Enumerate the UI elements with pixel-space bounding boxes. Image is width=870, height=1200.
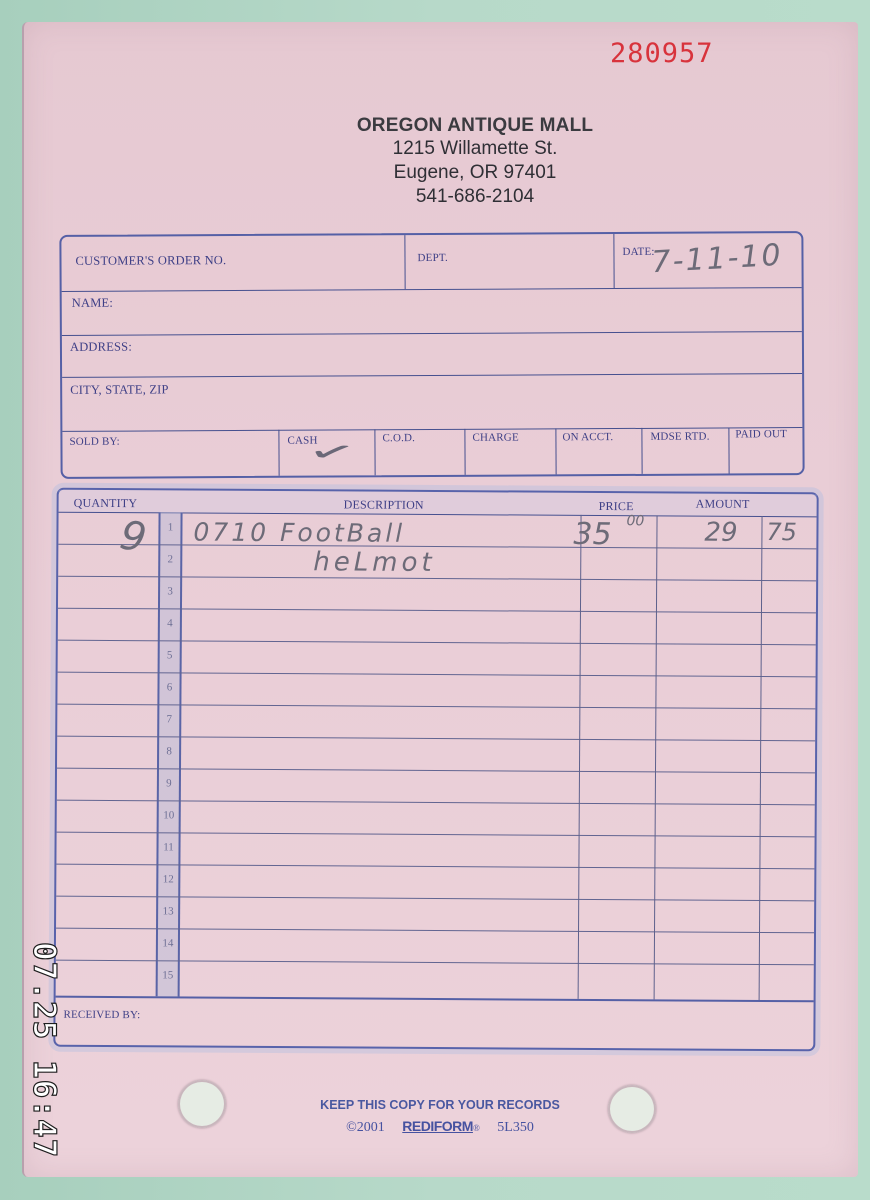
date-value[interactable]: 7-11-10 (651, 238, 784, 280)
row-number: 15 (158, 969, 178, 981)
row-number: 11 (158, 841, 178, 853)
dept-label: DEPT. (417, 252, 447, 264)
row-number: 8 (159, 745, 179, 757)
customer-info-box: CUSTOMER'S ORDER NO. DEPT. DATE: 7-11-10… (59, 231, 804, 479)
business-city: Eugene, OR 97401 (300, 161, 650, 185)
payment-paid-out-label: PAID OUT (735, 428, 787, 440)
divider (62, 287, 802, 292)
table-bottom-line (56, 996, 814, 1003)
form-number: 5L350 (497, 1120, 534, 1135)
payment-cod-label: C.O.D. (382, 432, 415, 444)
cents-column-divider (759, 516, 763, 1000)
header-quantity: QUANTITY (74, 496, 138, 511)
business-street: 1215 Willamette St. (300, 137, 650, 161)
row-number: 12 (158, 873, 178, 885)
divider (404, 235, 405, 289)
row-number: 10 (159, 809, 179, 821)
payment-on-acct-label: ON ACCT. (562, 431, 613, 443)
row-number: 14 (158, 937, 178, 949)
sold-by-label: SOLD BY: (69, 436, 119, 448)
header-amount: AMOUNT (696, 497, 750, 512)
divider (613, 234, 614, 288)
row1-price-cents[interactable]: 00 (626, 513, 644, 529)
row-number: 13 (158, 905, 178, 917)
punch-hole-icon (178, 1080, 226, 1128)
row-number: 2 (160, 553, 180, 565)
business-phone: 541-686-2104 (300, 185, 650, 209)
amount-column-divider (654, 515, 658, 999)
divider (278, 430, 279, 476)
row-number: 6 (159, 681, 179, 693)
row2-description[interactable]: heLmot (313, 547, 436, 578)
camera-date-stamp: 07.25 16:47 (22, 942, 62, 1162)
row-number: 7 (159, 713, 179, 725)
registered-mark: ® (473, 1123, 480, 1133)
brand-logo: REDIFORM (402, 1118, 473, 1134)
city-state-zip-label: CITY, STATE, ZIP (70, 382, 169, 398)
business-name: OREGON ANTIQUE MALL (300, 115, 650, 137)
row1-amount-cents[interactable]: 75 (766, 518, 797, 546)
footer-form-info: ©2001 REDIFORM® 5L350 (290, 1118, 590, 1136)
row-number: 4 (160, 617, 180, 629)
name-label: NAME: (72, 296, 113, 311)
divider (62, 331, 802, 336)
customers-order-no-label: CUSTOMER'S ORDER NO. (75, 253, 226, 269)
divider (62, 373, 802, 378)
divider (641, 428, 642, 474)
payment-mdse-rtd-label: MDSE RTD. (650, 431, 709, 443)
row1-description[interactable]: 0710 FootBall (193, 518, 405, 548)
row1-quantity[interactable]: 9 (116, 512, 149, 562)
business-header: OREGON ANTIQUE MALL 1215 Willamette St. … (300, 115, 650, 209)
keep-copy-text: KEEP THIS COPY FOR YOUR RECORDS (290, 1098, 590, 1112)
row1-amount[interactable]: 29 (704, 518, 737, 548)
divider (464, 429, 465, 475)
header-description: DESCRIPTION (344, 497, 424, 512)
cash-checkmark-icon[interactable]: ✓ (304, 432, 360, 472)
serial-number: 280957 (610, 38, 714, 69)
copyright-text: ©2001 (346, 1120, 385, 1135)
footer: KEEP THIS COPY FOR YOUR RECORDS ©2001 RE… (290, 1098, 590, 1136)
row-number: 1 (160, 521, 180, 533)
divider (728, 427, 729, 473)
divider (555, 428, 556, 474)
received-by-label: RECEIVED BY: (63, 1009, 140, 1021)
divider (374, 429, 375, 475)
row-number: 3 (160, 585, 180, 597)
row-number: 9 (159, 777, 179, 789)
row-number: 5 (160, 649, 180, 661)
header-price: PRICE (599, 499, 634, 514)
address-label: ADDRESS: (70, 340, 132, 355)
price-column-divider (578, 515, 582, 999)
line-items-table: QUANTITY DESCRIPTION PRICE AMOUNT 1 2 3 … (53, 488, 818, 1052)
row1-price[interactable]: 35 (573, 517, 611, 552)
payment-charge-label: CHARGE (472, 432, 518, 444)
row-number-column: 1 2 3 4 5 6 7 8 9 10 11 12 13 14 15 (156, 512, 183, 996)
punch-hole-icon (608, 1085, 656, 1133)
